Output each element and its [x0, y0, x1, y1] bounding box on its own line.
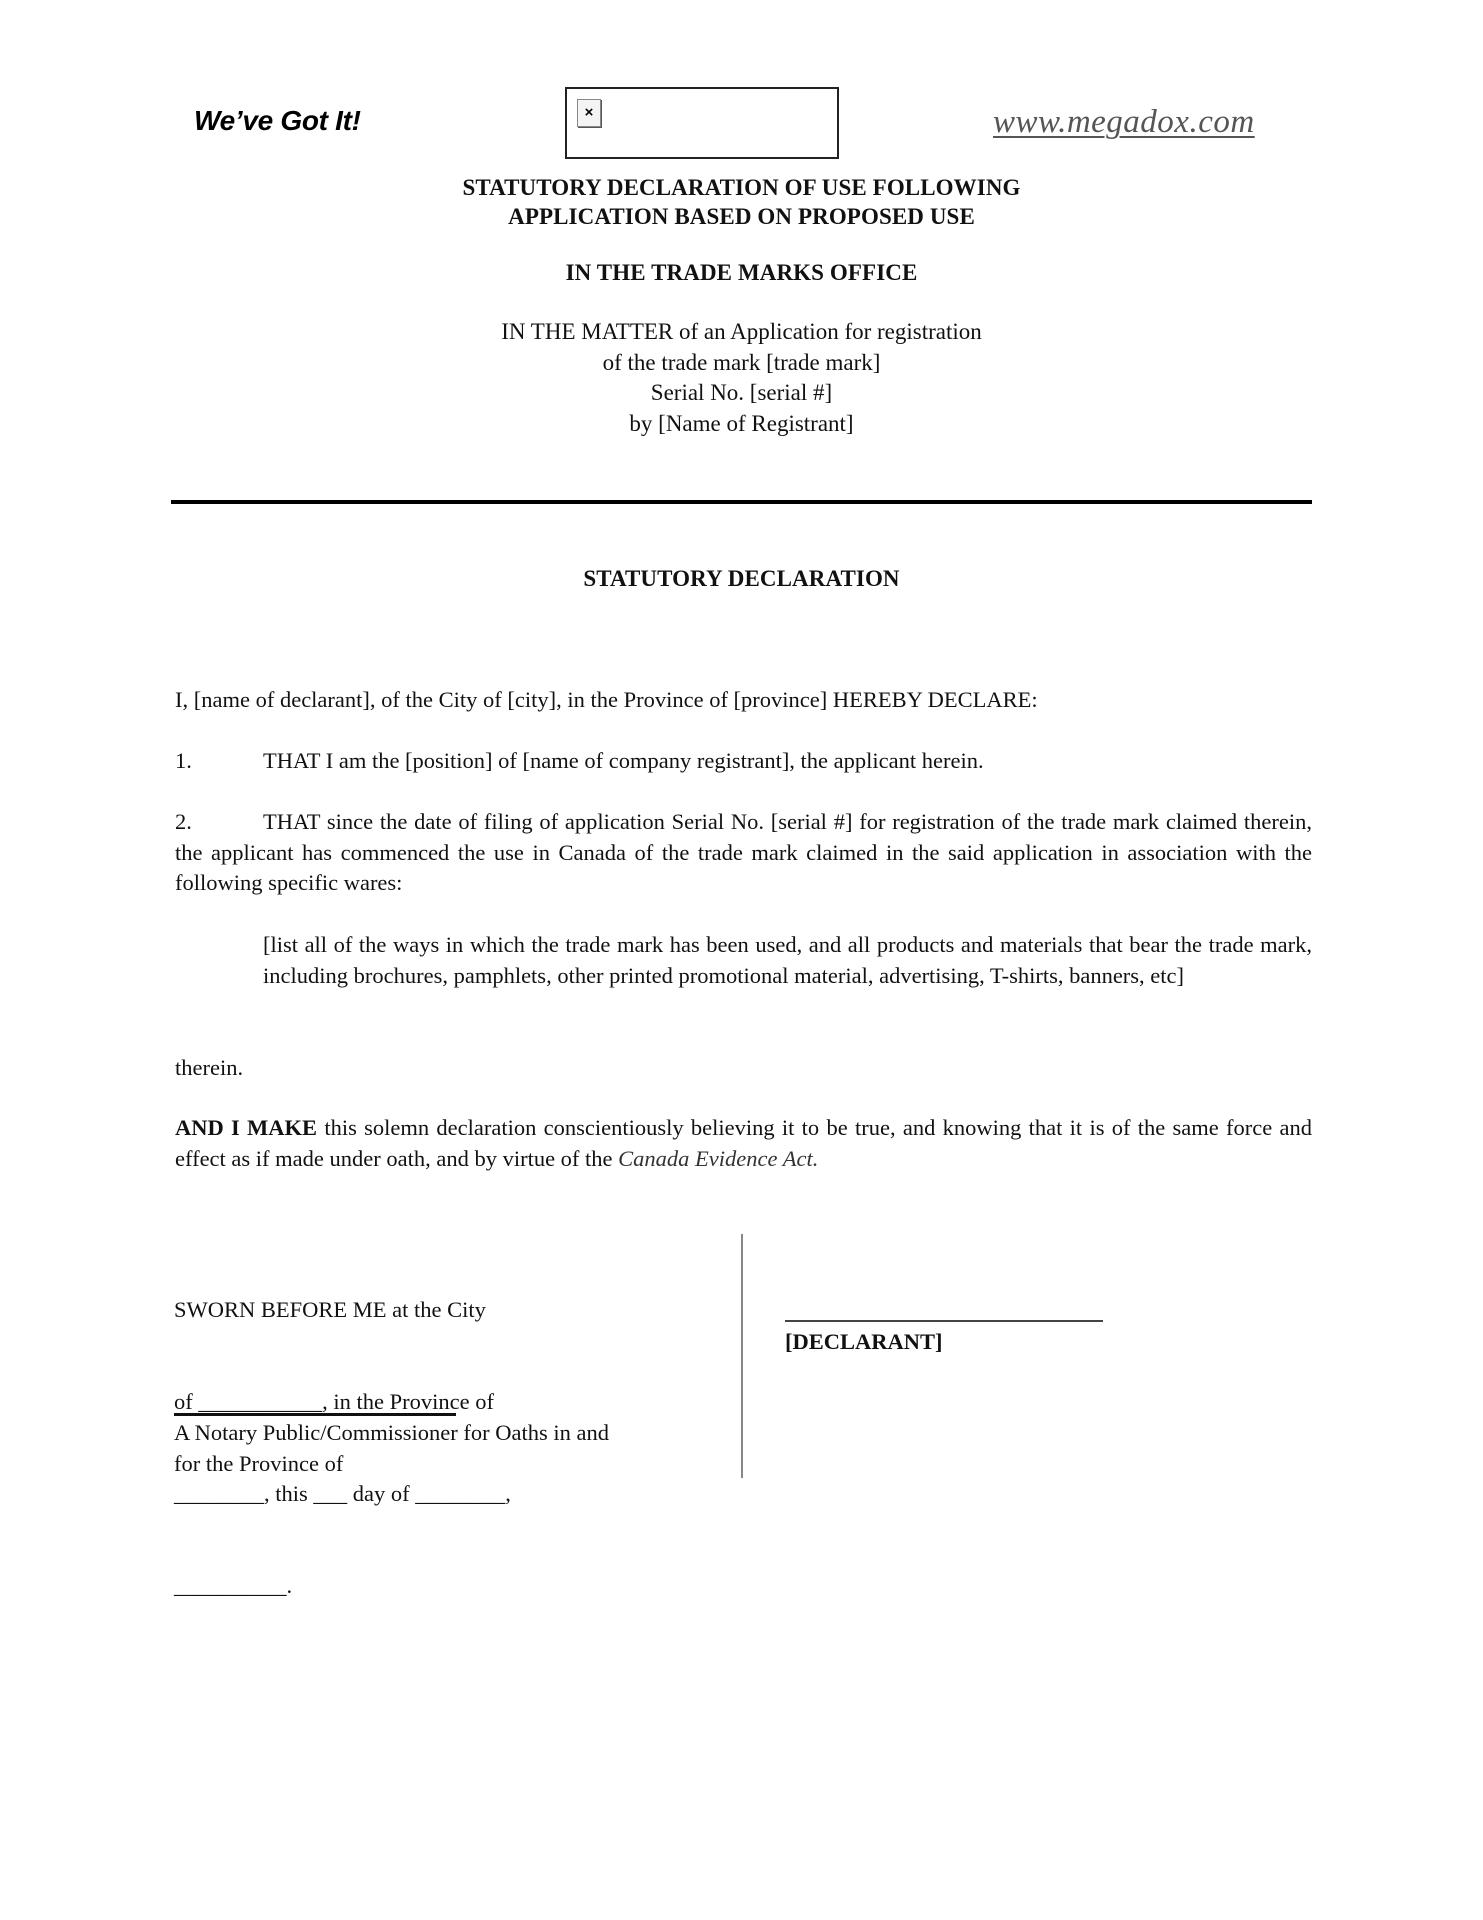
website-link[interactable]: www.megadox.com [993, 103, 1255, 141]
matter-line: by [Name of Registrant] [171, 409, 1312, 440]
act-name: Canada Evidence Act. [618, 1146, 818, 1171]
notary-line-text: for the Province of [174, 1449, 734, 1480]
declarant-label: [DECLARANT] [785, 1327, 943, 1357]
closing-paragraph: AND I MAKE this solemn declaration consc… [175, 1113, 1312, 1174]
closing-lead: AND I MAKE [175, 1115, 317, 1140]
matter-line: IN THE MATTER of an Application for regi… [171, 317, 1312, 348]
notary-line-text: A Notary Public/Commissioner for Oaths i… [174, 1418, 734, 1449]
therein-text: therein. [175, 1053, 1312, 1084]
office-heading: IN THE TRADE MARKS OFFICE [171, 258, 1312, 287]
notary-label: A Notary Public/Commissioner for Oaths i… [174, 1418, 734, 1479]
sworn-line: ________, this ___ day of ________, [174, 1479, 734, 1510]
matter-line: of the trade mark [trade mark] [171, 348, 1312, 379]
matter-line: Serial No. [serial #] [171, 378, 1312, 409]
sworn-line: __________. [174, 1571, 734, 1602]
horizontal-rule [171, 500, 1312, 504]
declaration-item-2: 2.THAT since the date of filing of appli… [175, 807, 1312, 899]
item-text: THAT since the date of filing of applica… [175, 809, 1312, 895]
company-slogan: We’ve Got It! [194, 104, 361, 138]
logo-placeholder: × [565, 87, 839, 159]
item-text: THAT I am the [position] of [name of com… [263, 748, 984, 773]
item-number: 1. [175, 746, 263, 777]
title-line-2: APPLICATION BASED ON PROPOSED USE [171, 202, 1312, 231]
matter-block: IN THE MATTER of an Application for regi… [171, 317, 1312, 440]
declarant-signature-line [785, 1320, 1103, 1322]
document-title: STATUTORY DECLARATION OF USE FOLLOWING A… [171, 173, 1312, 231]
declaration-heading: STATUTORY DECLARATION [171, 564, 1312, 593]
notary-signature-line [174, 1413, 456, 1416]
sworn-line: SWORN BEFORE ME at the City [174, 1295, 734, 1326]
wares-placeholder: [list all of the ways in which the trade… [263, 930, 1312, 991]
declaration-item-1: 1.THAT I am the [position] of [name of c… [175, 746, 1312, 777]
broken-image-icon: × [577, 99, 601, 127]
declaration-intro: I, [name of declarant], of the City of [… [175, 685, 1312, 716]
vertical-divider [741, 1234, 743, 1478]
item-number: 2. [175, 807, 263, 838]
title-line-1: STATUTORY DECLARATION OF USE FOLLOWING [171, 173, 1312, 202]
